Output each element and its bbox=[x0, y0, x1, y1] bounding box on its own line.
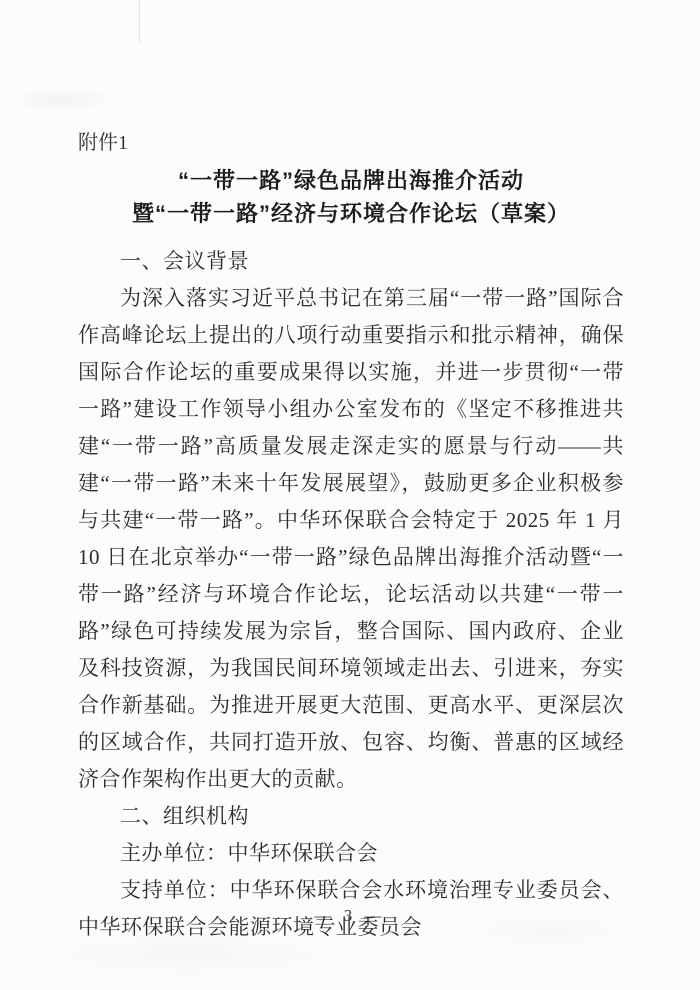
scan-artifact-line bbox=[139, 0, 140, 44]
paragraph-host-unit: 主办单位：中华环保联合会 bbox=[78, 835, 624, 872]
document-body: 一、会议背景 为深入落实习近平总书记在第三届“一带一路”国际合作高峰论坛上提出的… bbox=[78, 243, 624, 946]
section-heading-meeting-background: 一、会议背景 bbox=[78, 243, 624, 280]
title-line-1: “一带一路”绿色品牌出海推介活动 bbox=[78, 164, 624, 197]
document-title: “一带一路”绿色品牌出海推介活动 暨“一带一路”经济与环境合作论坛（草案） bbox=[78, 164, 624, 230]
attachment-label: 附件1 bbox=[78, 130, 624, 156]
document-content: 附件1 “一带一路”绿色品牌出海推介活动 暨“一带一路”经济与环境合作论坛（草案… bbox=[78, 130, 624, 946]
document-page: 附件1 “一带一路”绿色品牌出海推介活动 暨“一带一路”经济与环境合作论坛（草案… bbox=[0, 0, 700, 990]
page-number: — 3 — bbox=[0, 906, 700, 926]
title-line-2: 暨“一带一路”经济与环境合作论坛（草案） bbox=[78, 197, 624, 230]
section-heading-organization: 二、组织机构 bbox=[78, 798, 624, 835]
paragraph-background: 为深入落实习近平总书记在第三届“一带一路”国际合作高峰论坛上提出的八项行动重要指… bbox=[78, 280, 624, 798]
scan-artifact-smudge bbox=[8, 86, 118, 114]
